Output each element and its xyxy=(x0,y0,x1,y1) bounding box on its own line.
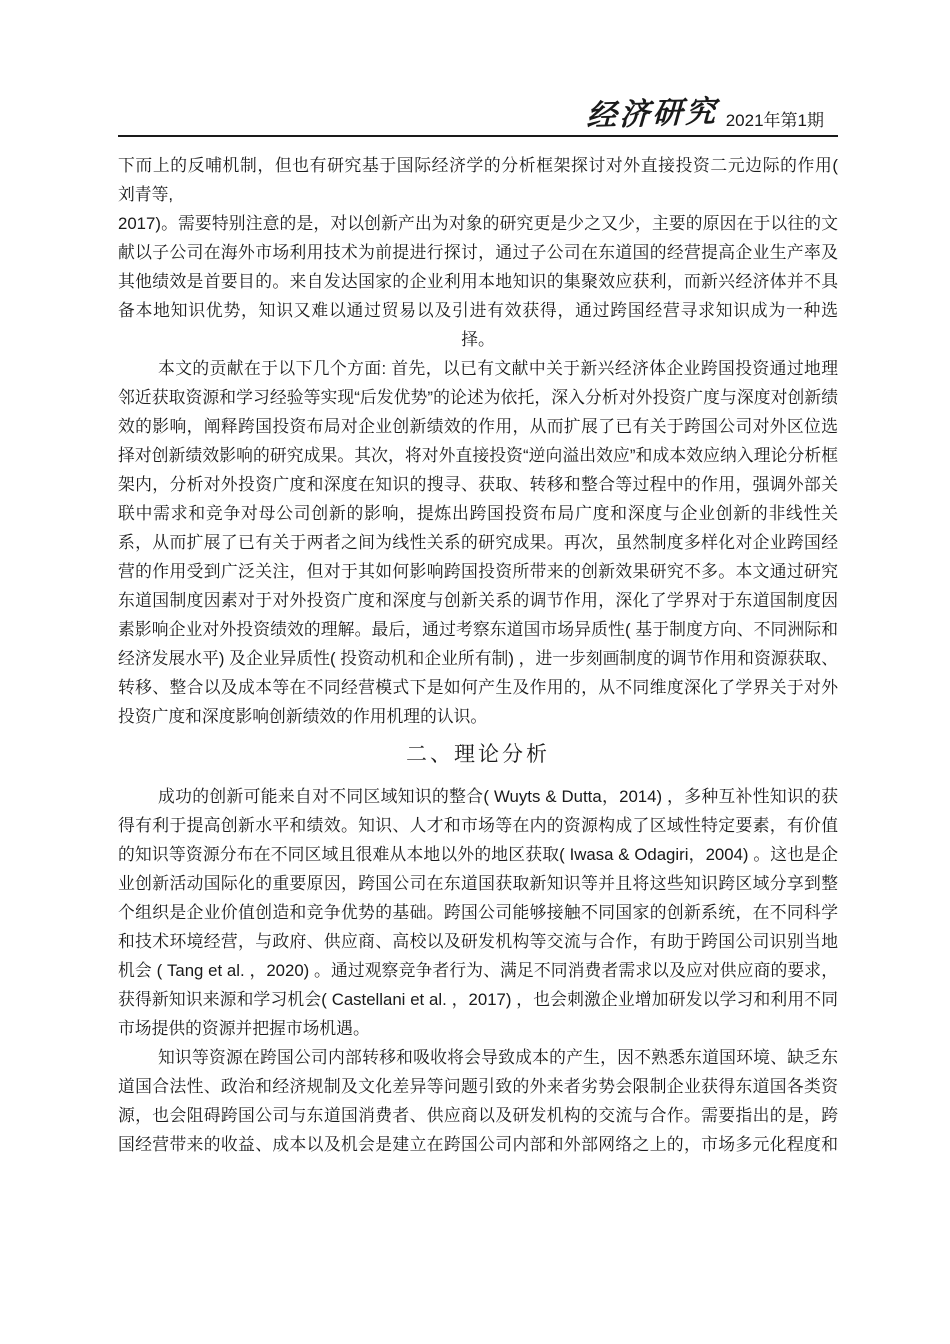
citation-author-line: 刘青等, xyxy=(118,180,838,209)
paragraph-2-contributions: 本文的贡献在于以下几个方面: 首先，以已有文献中关于新兴经济体企业跨国投资通过地… xyxy=(118,354,838,731)
paragraph-4-knowledge-transfer-costs: 知识等资源在跨国公司内部转移和吸收将会导致成本的产生，因不熟悉东道国环境、缺乏东… xyxy=(118,1043,838,1159)
paragraph-1: 2017)。需要特别注意的是，对以创新产出为对象的研究更是少之又少，主要的原因在… xyxy=(118,209,838,354)
page-content-column: 经济研究 2021年第1期 下而上的反哺机制，但也有研究基于国际经济学的分析框架… xyxy=(118,0,838,1159)
journal-header: 经济研究 2021年第1期 xyxy=(118,0,838,137)
journal-logo: 经济研究 xyxy=(586,97,719,132)
section-heading-theoretical-analysis: 二、理论分析 xyxy=(118,740,838,770)
article-body: 下而上的反哺机制，但也有研究基于国际经济学的分析框架探讨对外直接投资二元边际的作… xyxy=(118,151,838,1159)
paragraph-continuation-line: 下而上的反哺机制，但也有研究基于国际经济学的分析框架探讨对外直接投资二元边际的作… xyxy=(118,151,838,180)
journal-page: 经济研究 2021年第1期 下而上的反哺机制，但也有研究基于国际经济学的分析框架… xyxy=(0,0,950,1344)
paragraph-3-innovation-knowledge: 成功的创新可能来自对不同区域知识的整合( Wuyts & Dutta，2014)… xyxy=(118,782,838,1043)
issue-label: 2021年第1期 xyxy=(726,112,824,132)
